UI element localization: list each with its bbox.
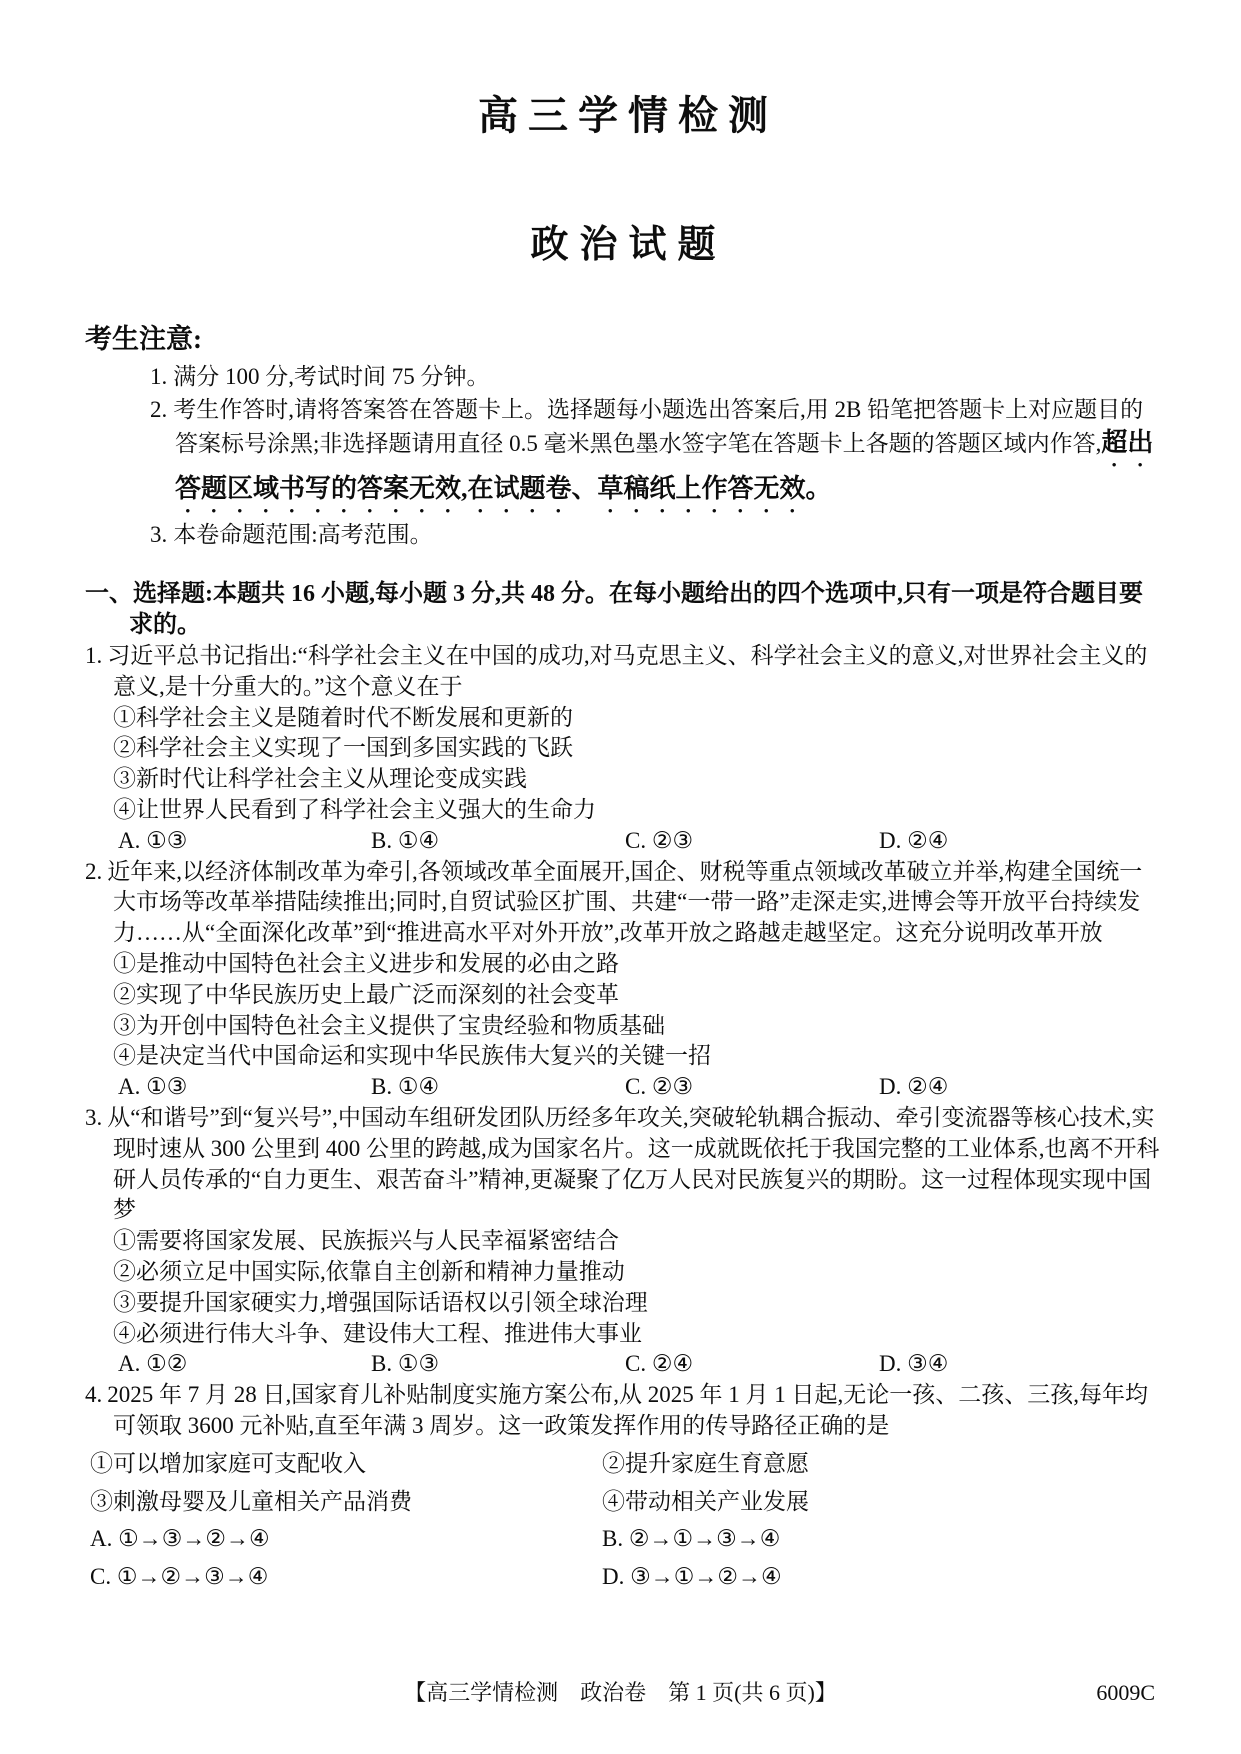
question-stem-text: 2025 年 7 月 28 日,国家育儿补贴制度实施方案公布,从 2025 年 … [107, 1382, 1148, 1438]
question-item: ①是推动中国特色社会主义进步和发展的必由之路 [113, 949, 1161, 980]
question-number: 4. [85, 1382, 102, 1407]
notice-item-text: 满分 100 分,考试时间 75 分钟。 [173, 364, 489, 389]
question-3: 3.从“和谐号”到“复兴号”,中国动车组研发团队历经多年攻关,突破轮轨耦合振动、… [85, 1103, 1161, 1380]
option-c: C. ②③ [625, 1072, 879, 1103]
options-row: A. ①③ B. ①④ C. ②③ D. ②④ [113, 826, 1161, 857]
question-stem: 3.从“和谐号”到“复兴号”,中国动车组研发团队历经多年攻关,突破轮轨耦合振动、… [85, 1103, 1161, 1226]
options-row: A. ①③ B. ①④ C. ②③ D. ②④ [113, 1072, 1161, 1103]
option-b: B. ①④ [371, 1072, 625, 1103]
question-item: ②科学社会主义实现了一国到多国实践的飞跃 [113, 733, 1161, 764]
question-stem: 1.习近平总书记指出:“科学社会主义在中国的成功,对马克思主义、科学社会主义的意… [85, 641, 1161, 703]
question-item: ②必须立足中国实际,依靠自主创新和精神力量推动 [113, 1257, 1161, 1288]
section-1-heading: 一、选择题:本题共 16 小题,每小题 3 分,共 48 分。在每小题给出的四个… [85, 579, 1161, 641]
question-number: 3. [85, 1105, 102, 1130]
question-item: ③新时代让科学社会主义从理论变成实践 [113, 764, 1161, 795]
notice-item-1: 1.满分 100 分,考试时间 75 分钟。 [150, 360, 1161, 393]
question-number: 1. [85, 643, 102, 668]
option-a: A. ①② [118, 1349, 371, 1380]
exam-subject-title: 政治试题 [85, 224, 1161, 266]
option-d: D. ②④ [879, 826, 1161, 857]
option-a: A. ①→③→②→④ [90, 1524, 602, 1555]
exam-title: 高三学情检测 [85, 94, 1161, 138]
question-stem-text: 从“和谐号”到“复兴号”,中国动车组研发团队历经多年攻关,突破轮轨耦合振动、牵引… [107, 1105, 1159, 1222]
question-number: 2. [85, 859, 102, 884]
notice-item-text: 考生作答时,请将答案答在答题卡上。选择题每小题选出答案后,用 2B 铅笔把答题卡… [173, 397, 1143, 456]
option-c: C. ①→②→③→④ [90, 1562, 602, 1593]
question-stem: 2.近年来,以经济体制改革为牵引,各领域改革全面展开,国企、财税等重点领域改革破… [85, 857, 1161, 949]
question-item: ②实现了中华民族历史上最广泛而深刻的社会变革 [113, 980, 1161, 1011]
option-c: C. ②④ [625, 1349, 879, 1380]
option-d: D. ③→①→②→④ [602, 1562, 1161, 1593]
question-2: 2.近年来,以经济体制改革为牵引,各领域改革全面展开,国企、财税等重点领域改革破… [85, 857, 1161, 1103]
question-item: ③为开创中国特色社会主义提供了宝贵经验和物质基础 [113, 1011, 1161, 1042]
question-item: ③要提升国家硬实力,增强国际话语权以引领全球治理 [113, 1288, 1161, 1319]
option-c: C. ②③ [625, 826, 879, 857]
question-item: ④必须进行伟大斗争、建设伟大工程、推进伟大事业 [113, 1319, 1161, 1350]
notice-item-2: 2.考生作答时,请将答案答在答题卡上。选择题每小题选出答案后,用 2B 铅笔把答… [150, 393, 1161, 518]
options-row: A. ①② B. ①③ C. ②④ D. ③④ [113, 1349, 1161, 1380]
option-b: B. ①③ [371, 1349, 625, 1380]
notice-heading: 考生注意: [85, 322, 1161, 356]
question-items-row: ③刺激母婴及儿童相关产品消费 ④带动相关产业发展 [85, 1487, 1161, 1518]
questions-area: 1.习近平总书记指出:“科学社会主义在中国的成功,对马克思主义、科学社会主义的意… [85, 641, 1161, 1593]
section-heading-rest: 本题共 16 小题,每小题 3 分,共 48 分。在每小题给出的四个选项中,只有… [129, 581, 1143, 638]
candidate-notice: 考生注意: 1.满分 100 分,考试时间 75 分钟。 2.考生作答时,请将答… [85, 322, 1161, 551]
option-b: B. ①④ [371, 826, 625, 857]
question-item: ①可以增加家庭可支配收入 [90, 1449, 602, 1480]
option-a: A. ①③ [118, 1072, 371, 1103]
question-item: ①需要将国家发展、民族振兴与人民幸福紧密结合 [113, 1226, 1161, 1257]
option-d: D. ②④ [879, 1072, 1161, 1103]
option-b: B. ②→①→③→④ [602, 1524, 1161, 1555]
notice-item-number: 1. [150, 364, 167, 389]
page-content: 高三学情检测 政治试题 考生注意: 1.满分 100 分,考试时间 75 分钟。… [85, 0, 1161, 1600]
exam-page: 高三学情检测 政治试题 考生注意: 1.满分 100 分,考试时间 75 分钟。… [0, 0, 1241, 1754]
question-1: 1.习近平总书记指出:“科学社会主义在中国的成功,对马克思主义、科学社会主义的意… [85, 641, 1161, 857]
question-stem-text: 近年来,以经济体制改革为牵引,各领域改革全面展开,国企、财税等重点领域改革破立并… [107, 859, 1142, 946]
question-4: 4.2025 年 7 月 28 日,国家育儿补贴制度实施方案公布,从 2025 … [85, 1380, 1161, 1593]
question-item: ④带动相关产业发展 [602, 1487, 1161, 1518]
question-item: ③刺激母婴及儿童相关产品消费 [90, 1487, 602, 1518]
options-row: A. ①→③→②→④ B. ②→①→③→④ [85, 1524, 1161, 1555]
notice-item-number: 2. [150, 397, 167, 422]
options-row: C. ①→②→③→④ D. ③→①→②→④ [85, 1562, 1161, 1593]
question-item: ④是决定当代中国命运和实现中华民族伟大复兴的关键一招 [113, 1041, 1161, 1072]
option-d: D. ③④ [879, 1349, 1161, 1380]
section-heading-lead: 一、选择题: [85, 581, 213, 607]
question-item: ④让世界人民看到了科学社会主义强大的生命力 [113, 795, 1161, 826]
notice-item-text: 本卷命题范围:高考范围。 [173, 522, 432, 547]
notice-item-3: 3.本卷命题范围:高考范围。 [150, 518, 1161, 551]
question-stem: 4.2025 年 7 月 28 日,国家育儿补贴制度实施方案公布,从 2025 … [85, 1380, 1161, 1442]
question-item: ②提升家庭生育意愿 [602, 1449, 1161, 1480]
question-items-row: ①可以增加家庭可支配收入 ②提升家庭生育意愿 [85, 1449, 1161, 1480]
page-footer: 【高三学情检测 政治卷 第 1 页(共 6 页)】 6009C [0, 1680, 1241, 1706]
footer-paper-code: 6009C [1096, 1680, 1155, 1706]
footer-page-info: 【高三学情检测 政治卷 第 1 页(共 6 页)】 [404, 1680, 837, 1705]
question-stem-text: 习近平总书记指出:“科学社会主义在中国的成功,对马克思主义、科学社会主义的意义,… [107, 643, 1147, 699]
question-item: ①科学社会主义是随着时代不断发展和更新的 [113, 703, 1161, 734]
option-a: A. ①③ [118, 826, 371, 857]
notice-item-number: 3. [150, 522, 167, 547]
